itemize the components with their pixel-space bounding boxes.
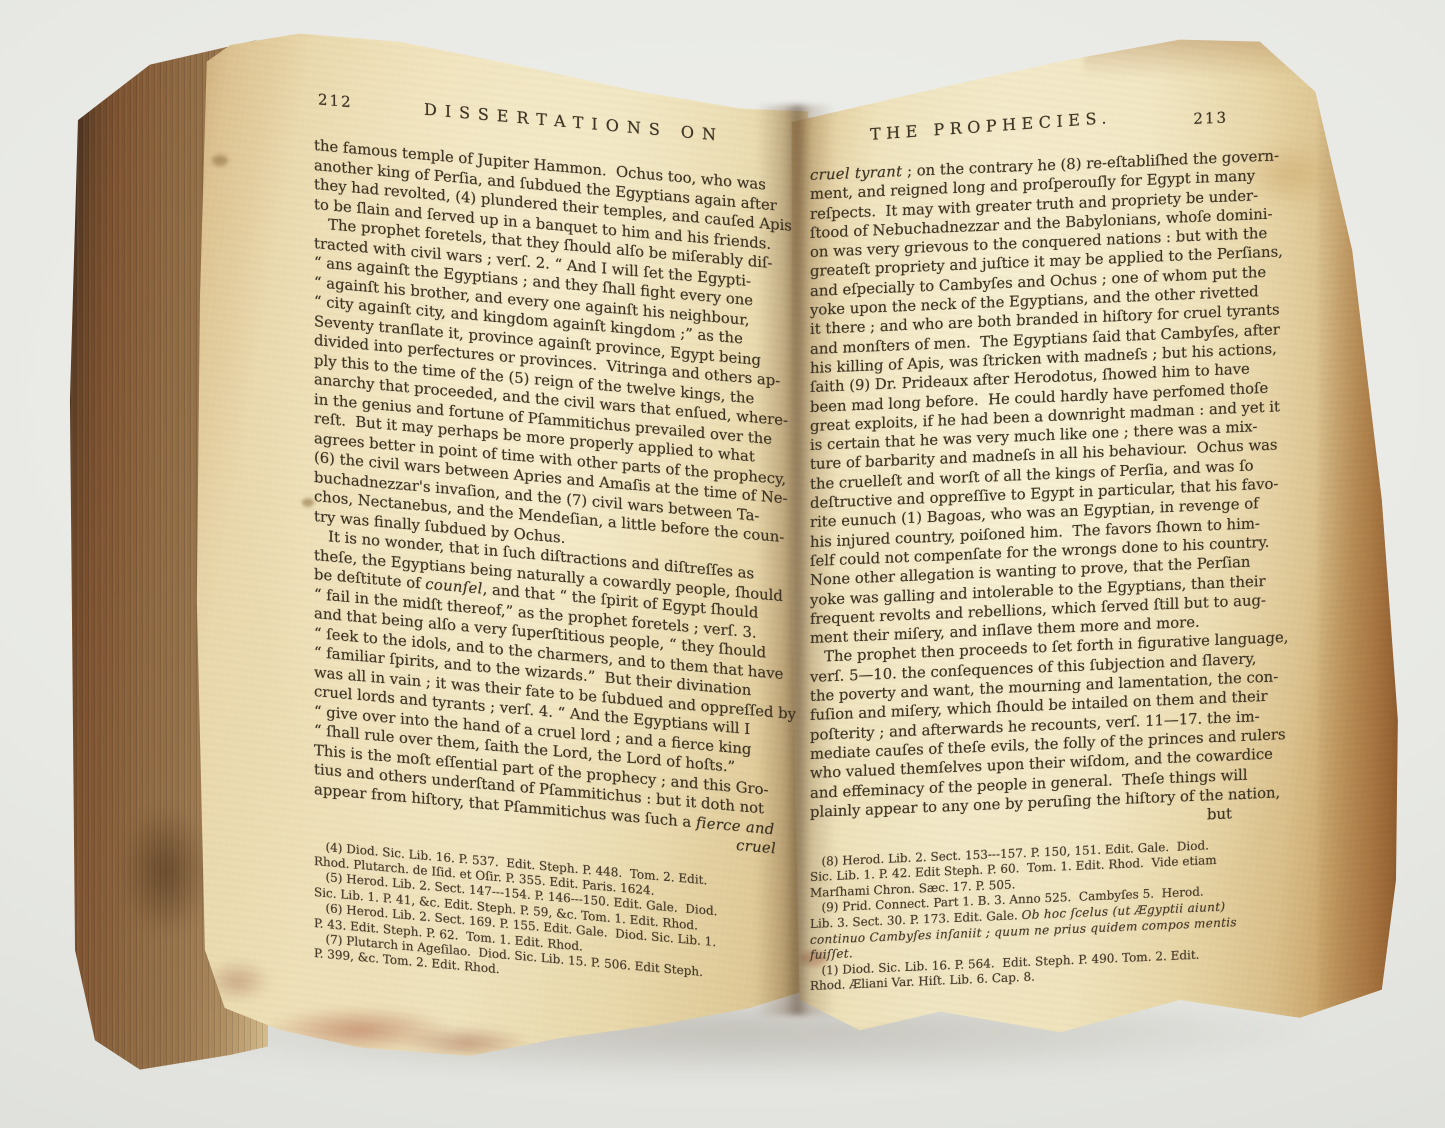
top-edge-browning [1084, 26, 1330, 78]
right-page-content: THE PROPHECIES. 213 cruel tyrant ; on th… [810, 104, 1296, 995]
left-page-content: 212 DISSERTATIONS ON the famous temple o… [314, 90, 782, 1003]
page-edge-streaks [1318, 78, 1404, 1049]
right-page-number: 213 [1193, 108, 1228, 127]
book-photo: 212 DISSERTATIONS ON the famous temple o… [0, 0, 1445, 1128]
edge-smudge-stain [121, 806, 211, 936]
left-page-body: the famous temple of Jupiter Hammon. Och… [314, 136, 782, 840]
foxing-dot [302, 498, 314, 507]
left-page-number: 212 [318, 90, 353, 111]
right-page-footnotes: (8) Herod. Lib. 2. Sect. 153---157. P. 1… [810, 834, 1296, 995]
foxing-dot [212, 155, 228, 166]
right-page-body: cruel tyrant ; on the contrary he (8) re… [810, 146, 1296, 822]
right-fore-edge [1318, 78, 1404, 1049]
